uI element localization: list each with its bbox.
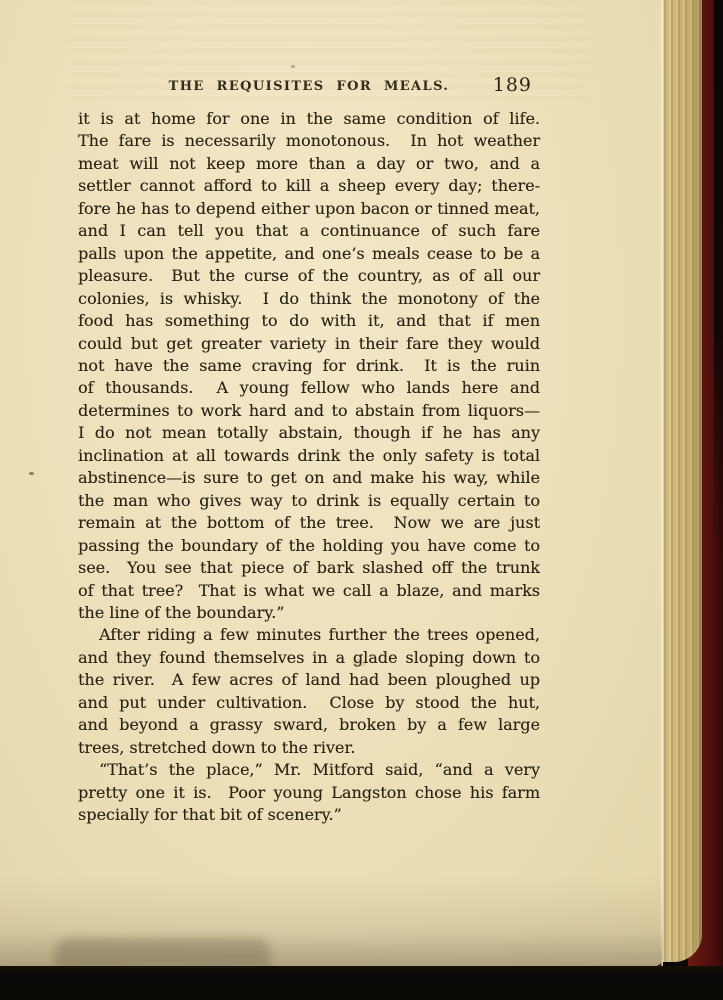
text-line: meat will not keep more than a day or tw… xyxy=(78,153,540,175)
text-line: specially for that bit of scenery.” xyxy=(78,804,540,826)
text-line: remain at the bottom of the tree. Now we… xyxy=(78,512,540,534)
running-title: THE REQUISITES FOR MEALS. xyxy=(78,79,540,94)
text-line: the line of the boundary.” xyxy=(78,602,540,624)
text-line: The fare is necessarily monotonous. In h… xyxy=(78,130,540,152)
text-line: colonies, is whisky. I do think the mono… xyxy=(78,288,540,310)
paragraph: it is at home for one in the same condit… xyxy=(78,108,540,624)
text-line: passing the boundary of the holding you … xyxy=(78,535,540,557)
text-line: and I can tell you that a continuance of… xyxy=(78,220,540,242)
book-page: THE REQUISITES FOR MEALS. 189 it is at h… xyxy=(0,0,663,966)
text-line: I do not mean totally abstain, though if… xyxy=(78,422,540,444)
page-shadow xyxy=(55,938,270,968)
text-line: “That’s the place,” Mr. Mitford said, “a… xyxy=(78,759,540,781)
background-surface xyxy=(0,966,723,1000)
text-line: it is at home for one in the same condit… xyxy=(78,108,540,130)
text-line: palls upon the appetite, and one’s meals… xyxy=(78,243,540,265)
text-line: the man who gives way to drink is equall… xyxy=(78,490,540,512)
text-line: After riding a few minutes further the t… xyxy=(78,624,540,646)
page-number: 189 xyxy=(493,74,532,96)
paper-speck xyxy=(291,65,295,68)
text-line: not have the same craving for drink. It … xyxy=(78,355,540,377)
text-line: fore he has to depend either upon bacon … xyxy=(78,198,540,220)
text-line: and beyond a grassy sward, broken by a f… xyxy=(78,714,540,736)
text-line: of thousands. A young fellow who lands h… xyxy=(78,377,540,399)
text-line: food has something to do with it, and th… xyxy=(78,310,540,332)
text-block: THE REQUISITES FOR MEALS. 189 it is at h… xyxy=(78,72,540,827)
paragraph: After riding a few minutes further the t… xyxy=(78,624,540,759)
running-header: THE REQUISITES FOR MEALS. 189 xyxy=(78,72,540,96)
paragraph: “That’s the place,” Mr. Mitford said, “a… xyxy=(78,759,540,826)
text-line: inclination at all towards drink the onl… xyxy=(78,445,540,467)
text-line: see. You see that piece of bark slashed … xyxy=(78,557,540,579)
text-line: and they found themselves in a glade slo… xyxy=(78,647,540,669)
book-scan: THE REQUISITES FOR MEALS. 189 it is at h… xyxy=(0,0,723,1000)
text-line: determines to work hard and to abstain f… xyxy=(78,400,540,422)
text-line: settler cannot afford to kill a sheep ev… xyxy=(78,175,540,197)
text-line: the river. A few acres of land had been … xyxy=(78,669,540,691)
text-line: trees, stretched down to the river. xyxy=(78,737,540,759)
text-line: pretty one it is. Poor young Langston ch… xyxy=(78,782,540,804)
book-cover-edge xyxy=(714,0,723,560)
text-line: abstinence—is sure to get on and make hi… xyxy=(78,467,540,489)
body-text: it is at home for one in the same condit… xyxy=(78,108,540,827)
text-line: of that tree? That is what we call a bla… xyxy=(78,580,540,602)
paper-speck xyxy=(29,472,34,475)
text-line: and put under cultivation. Close by stoo… xyxy=(78,692,540,714)
text-line: could but get greater variety in their f… xyxy=(78,333,540,355)
text-line: pleasure. But the curse of the country, … xyxy=(78,265,540,287)
